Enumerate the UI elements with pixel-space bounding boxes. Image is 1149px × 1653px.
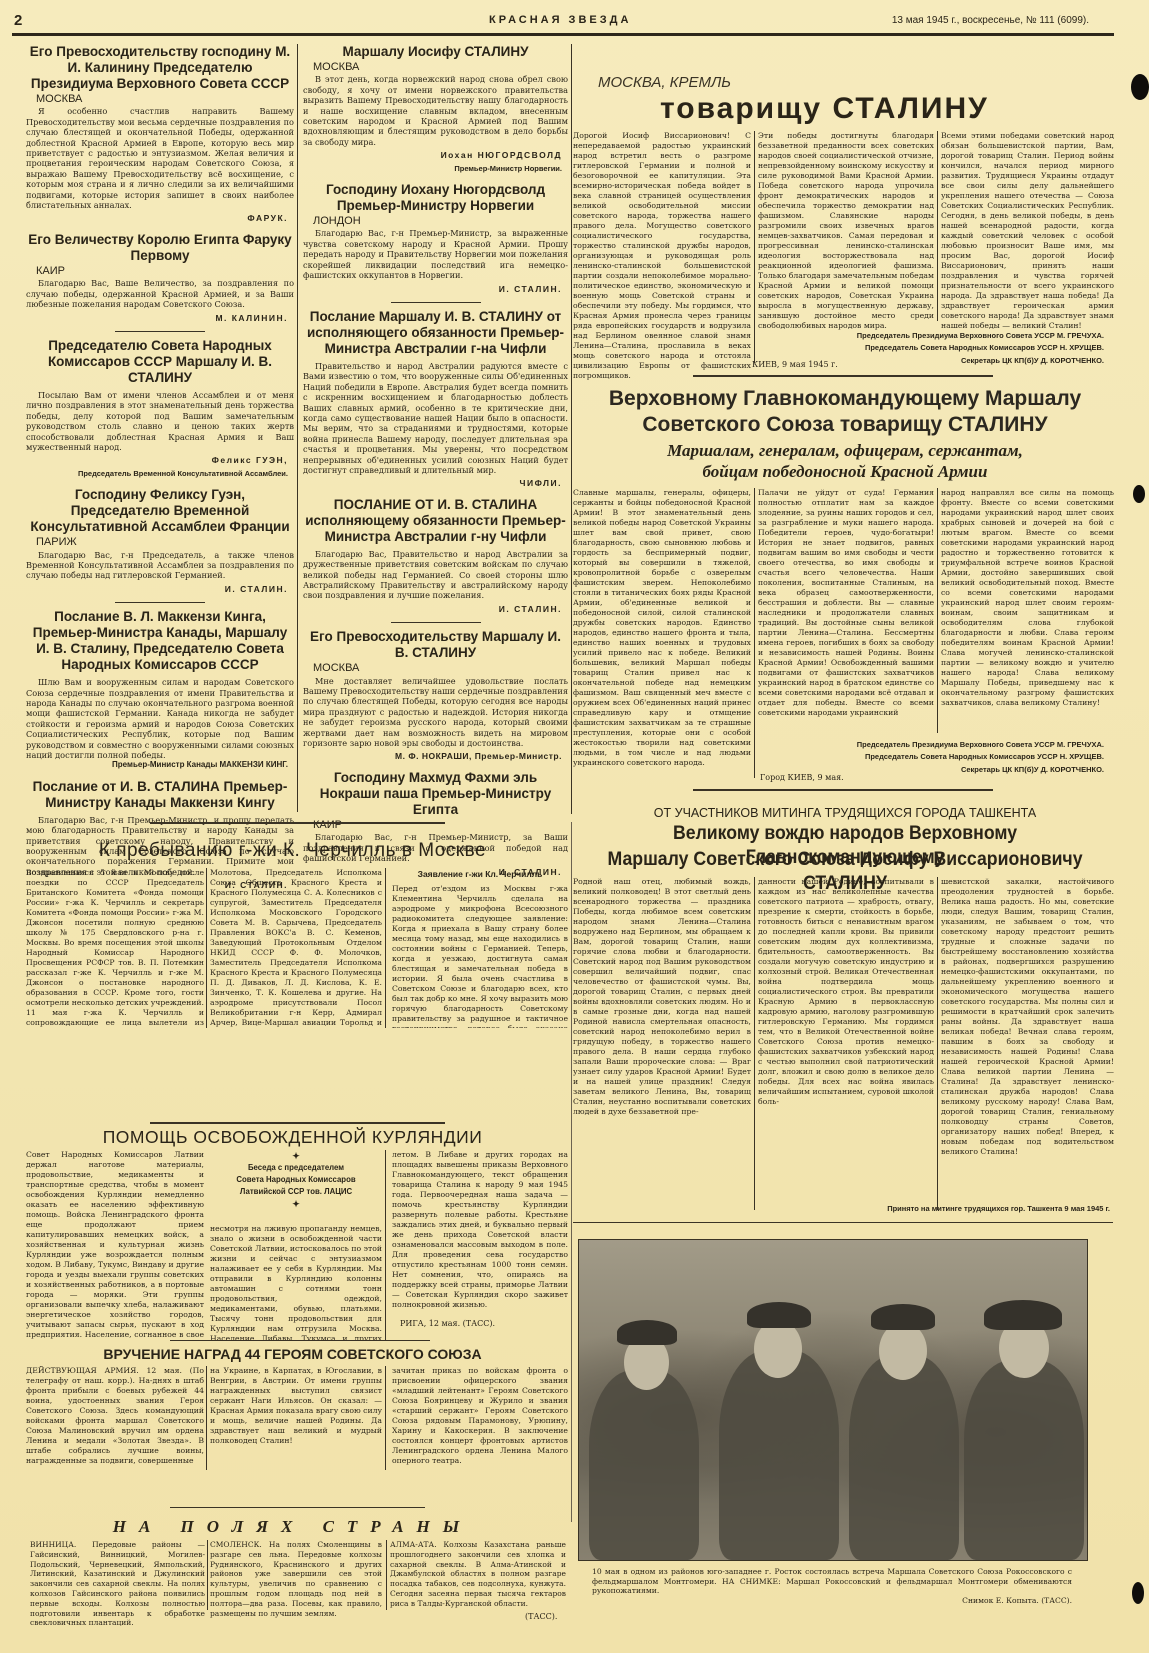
article-title: Его Превосходительству господину М. И. К…	[26, 44, 294, 92]
fields-col-1: ВИННИЦА. Передовые районы — Гайсинский, …	[30, 1540, 205, 1628]
headline: НА ПОЛЯХ СТРАНЫ	[20, 1517, 565, 1537]
column-divider	[571, 822, 572, 1522]
article-body: Шлю Вам и вооруженным силам и народам Со…	[26, 677, 294, 760]
headline: К пребыванию г-жи К. Черчилль в Москве	[20, 840, 565, 862]
awards-col-2: на Украине, в Карпатах, в Югославии, в В…	[210, 1366, 382, 1470]
place-date: Город КИЕВ, 9 мая.	[760, 773, 844, 782]
column-divider	[937, 488, 938, 733]
interview-line: Совета Народных Комиссаров	[210, 1174, 382, 1186]
signature-title: Премьер-Министр Норвегии.	[303, 164, 562, 174]
article-stalin-to-nygaardsvold: Господину Иохану Нюгордсволд Премьер-Мин…	[303, 182, 568, 294]
column-divider	[385, 868, 386, 1028]
kiev-col-1: Славные маршалы, генералы, офицеры, серж…	[573, 488, 751, 768]
subheadline-line-2: бойцам победоносной Красной Армии	[575, 462, 1115, 482]
kiev-col-3: народ направлял все силы на помощь фронт…	[941, 488, 1114, 708]
subheadline-line-1: Маршалам, генералам, офицерам, сержантам…	[575, 441, 1115, 461]
churchill-col-2: Молотова, Председатель Исполкома Союза О…	[210, 868, 382, 1028]
dateline: КАИР	[36, 266, 294, 276]
photo-rokossovsky-montgomery	[578, 1239, 1088, 1561]
separator	[115, 602, 205, 603]
section-rule	[573, 1222, 1113, 1223]
photo-credit: Снимок Е. Копыта. (ТАСС).	[592, 1596, 1072, 1606]
kicker: ОТ УЧАСТНИКОВ МИТИНГА ТРУДЯЩИХСЯ ГОРОДА …	[575, 806, 1115, 820]
masthead: 2 КРАСНАЯ ЗВЕЗДА 13 мая 1945 г., воскрес…	[14, 12, 1089, 32]
article-title: Послание В. Л. Маккензи Кинга, Премьер-М…	[26, 609, 294, 673]
column-divider	[297, 44, 298, 812]
section-rule	[150, 1122, 445, 1124]
sidebar-title: Заявление г-жи Кл. Черчилль	[392, 869, 568, 879]
signature: И. СТАЛИН.	[303, 604, 562, 614]
signature: Председатель Президиума Верховного Совет…	[760, 740, 1104, 750]
separator	[391, 302, 481, 303]
section-rule	[693, 375, 993, 377]
article-nokrashy-to-stalin: Его Превосходительству Маршалу И. В. СТА…	[303, 629, 568, 762]
tashkent-col-1: Родной наш отец, любимый вождь, великий …	[573, 877, 751, 1210]
article-body: В этот день, когда норвежский народ снов…	[303, 74, 568, 147]
separator	[391, 622, 481, 623]
signature: М. КАЛИНИН.	[26, 313, 288, 323]
masthead-rule	[12, 33, 1114, 36]
headline-line-1: Верховному Главнокомандующему Маршалу	[575, 387, 1115, 411]
awards-col-3: зачитан приказ по войскам фронта о присв…	[392, 1366, 568, 1470]
newspaper-page: 2 КРАСНАЯ ЗВЕЗДА 13 мая 1945 г., воскрес…	[0, 0, 1149, 1653]
fields-col-2: СМОЛЕНСК. На полях Смоленщины в разгаре …	[210, 1540, 382, 1618]
column-greetings-2: Маршалу Иосифу СТАЛИНУ МОСКВА В этот ден…	[303, 44, 568, 885]
article-title: Господину Махмуд Фахми эль Нокраши паша …	[303, 770, 568, 818]
signature: Председатель Президиума Верховного Совет…	[760, 331, 1104, 341]
kiev-col-2: Палачи не уйдут от суда! Германия полнос…	[758, 488, 934, 718]
awards-col-1: ДЕЙСТВУЮЩАЯ АРМИЯ. 12 мая. (По телеграфу…	[26, 1366, 204, 1470]
kurland-col-2: несмотря на лживую пропаганду немцев, зн…	[210, 1224, 382, 1340]
dateline-kremlin: МОСКВА, КРЕМЛЬ	[598, 74, 731, 91]
article-body: Мне доставляет величайшее удовольствие п…	[303, 676, 568, 749]
article-nygaardsvold-to-stalin: Маршалу Иосифу СТАЛИНУ МОСКВА В этот ден…	[303, 44, 568, 174]
column-divider	[754, 131, 755, 363]
column-divider	[206, 868, 207, 1028]
section-rule	[150, 822, 445, 824]
tashkent-col-3: шевистской закалки, настойчивого преодол…	[941, 877, 1114, 1200]
headline-line-2: Советского Союза товарищу СТАЛИНУ	[575, 413, 1115, 437]
dateline: РИГА, 12 мая. (ТАСС).	[400, 1319, 495, 1328]
place-date: КИЕВ, 9 мая 1945 г.	[752, 360, 838, 369]
column-divider	[754, 877, 755, 1210]
article-gouin-to-stalin: Председателю Совета Народных Комиссаров …	[26, 338, 294, 479]
article-body: Благодарю Вас, Ваше Величество, за поздр…	[26, 278, 294, 309]
article-body: Я особенно счастлив направить Вашему Пре…	[26, 106, 294, 210]
page-number: 2	[14, 12, 22, 29]
article-kalinin-to-farouk: Его Величеству Королю Египта Фаруку Перв…	[26, 232, 294, 323]
article-chifley-to-stalin: Послание Маршалу И. В. СТАЛИНУ от исполн…	[303, 309, 568, 489]
ornament-icon: ✦	[210, 1198, 382, 1210]
column-divider	[206, 1366, 207, 1470]
article-body: Благодарю Вас, Правительство и народ Авс…	[303, 549, 568, 601]
article-title: Послание Маршалу И. В. СТАЛИНУ от исполн…	[303, 309, 568, 357]
churchill-col-1: Возвратившаяся 5 мая в Москву после поез…	[26, 868, 204, 1028]
churchill-col-3: Перед от'ездом из Москвы г-жа Клементина…	[392, 884, 568, 1028]
interview-line: Латвийской ССР тов. ЛАЦИС	[210, 1186, 382, 1198]
section-rule	[693, 789, 993, 791]
article-title: Маршалу Иосифу СТАЛИНУ	[303, 44, 568, 60]
column-divider	[207, 1540, 208, 1610]
kurland-col-3: летом. В Либаве и других городах на площ…	[392, 1150, 568, 1315]
column-divider	[937, 877, 938, 1210]
signature-title: Председатель Временной Консультативной А…	[26, 469, 288, 479]
column-divider	[385, 1366, 386, 1470]
dateline: МОСКВА	[36, 94, 294, 104]
headline-tovarishchu-stalinu: товарищу СТАЛИНУ	[660, 92, 1080, 126]
article-title: Послание от И. В. СТАЛИНА Премьер-Минист…	[26, 779, 294, 811]
signature: И. СТАЛИН.	[26, 584, 288, 594]
interview-line: Беседа с председателем	[210, 1162, 382, 1174]
article-stalin-to-chifley: ПОСЛАНИЕ ОТ И. В. СТАЛИНА исполняющему о…	[303, 497, 568, 614]
dateline: МОСКВА	[313, 62, 568, 72]
signature: Председатель Совета Народных Комиссаров …	[760, 752, 1104, 762]
dateline: ПАРИЖ	[36, 537, 294, 547]
article-title: Председателю Совета Народных Комиссаров …	[26, 338, 294, 386]
column-greetings-1: Его Превосходительству господину М. И. К…	[26, 44, 294, 899]
separator	[115, 331, 205, 332]
article-title: Господину Иохану Нюгордсволд Премьер-Мин…	[303, 182, 568, 214]
article-body: Благодарю Вас, г-н Председатель, а также…	[26, 550, 294, 581]
signature: Премьер-Министр Канады МАККЕНЗИ КИНГ.	[26, 760, 288, 770]
interview-box: ✦ Беседа с председателем Совета Народных…	[210, 1150, 382, 1210]
signature: ЧИФЛИ.	[303, 478, 562, 488]
dateline: МОСКВА	[313, 663, 568, 673]
binding-hole-icon	[1132, 1582, 1144, 1604]
binding-hole-icon	[1131, 74, 1149, 100]
caption-text: 10 мая в одном из районов юго-западнее г…	[592, 1567, 1072, 1595]
article-title: Его Превосходительству Маршалу И. В. СТА…	[303, 629, 568, 661]
meeting-footer: Принято на митинге трудящихся гор. Ташке…	[800, 1204, 1110, 1213]
ukraine-col-2: Эти победы достигнуты благодаря беззавет…	[758, 131, 934, 331]
article-body: Посылаю Вам от имени членов Ассамблеи и …	[26, 390, 294, 452]
signature: Председатель Совета Народных Комиссаров …	[760, 343, 1104, 353]
signature: Феликс ГУЭН,	[26, 455, 288, 465]
article-stalin-to-gouin: Господину Феликсу Гуэн, Председателю Вре…	[26, 487, 294, 594]
article-king-to-stalin: Послание В. Л. Маккензи Кинга, Премьер-М…	[26, 609, 294, 771]
article-title: ПОСЛАНИЕ ОТ И. В. СТАЛИНА исполняющему о…	[303, 497, 568, 545]
column-divider	[937, 131, 938, 321]
article-body: Правительство и народ Австралии радуются…	[303, 361, 568, 475]
signature: И. СТАЛИН.	[303, 284, 562, 294]
kurland-col-1: Совет Народных Комиссаров Латвии держал …	[26, 1150, 204, 1340]
kiev-signatures: Председатель Президиума Верховного Совет…	[760, 740, 1110, 777]
column-divider	[754, 488, 755, 778]
signature: Иохан НЮГОРДСВОЛД	[303, 150, 562, 160]
column-divider	[385, 1150, 386, 1340]
headline: ВРУЧЕНИЕ НАГРАД 44 ГЕРОЯМ СОВЕТСКОГО СОЮ…	[20, 1346, 565, 1362]
photo-caption: 10 мая в одном из районов юго-западнее г…	[592, 1567, 1072, 1605]
issue-date: 13 мая 1945 г., воскресенье, № 111 (6099…	[892, 15, 1089, 26]
section-rule	[170, 1340, 430, 1341]
ukraine-col-1: Дорогой Иосиф Виссарионович! С непередав…	[573, 131, 751, 381]
tashkent-col-2: данности нашей Родине, воспитывали в каж…	[758, 877, 934, 1210]
article-farouk-to-kalinin: Его Превосходительству господину М. И. К…	[26, 44, 294, 224]
dateline: ЛОНДОН	[313, 216, 568, 226]
signature: ФАРУК.	[26, 213, 288, 223]
binding-hole-icon	[1133, 485, 1145, 503]
article-body: Благодарю Вас, г-н Премьер-Министр, за в…	[303, 228, 568, 280]
headline: ПОМОЩЬ ОСВОБОЖДЕННОЙ КУРЛЯНДИИ	[20, 1127, 565, 1148]
column-divider	[386, 1540, 387, 1610]
ornament-icon: ✦	[210, 1150, 382, 1162]
ukraine-col-3: Всеми этими победами советский народ обя…	[941, 131, 1114, 331]
newspaper-title: КРАСНАЯ ЗВЕЗДА	[489, 14, 631, 26]
fields-col-3: АЛМА-АТА. Колхозы Казахстана раньше прош…	[390, 1540, 566, 1609]
signature: М. Ф. НОКРАШИ, Премьер-Министр.	[303, 751, 562, 761]
credit: (ТАСС).	[525, 1612, 557, 1621]
column-divider	[571, 44, 572, 814]
article-title: Его Величеству Королю Египта Фаруку Перв…	[26, 232, 294, 264]
section-rule	[170, 1507, 425, 1508]
article-title: Господину Феликсу Гуэн, Председателю Вре…	[26, 487, 294, 535]
